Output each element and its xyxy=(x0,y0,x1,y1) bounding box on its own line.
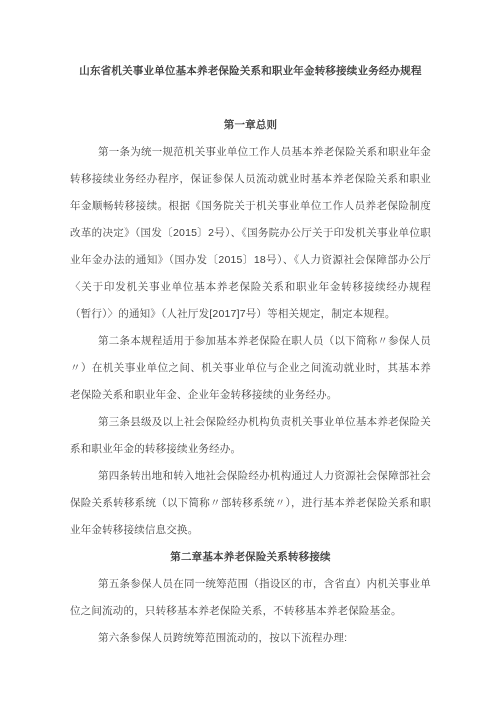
article-6-paragraph: 第六条参保人员跨统筹范围流动的，按以下流程办理: xyxy=(70,625,431,652)
article-1-paragraph: 第一条为统一规范机关事业单位工作人员基本养老保险关系和职业年金转移接续业务经办程… xyxy=(70,139,431,328)
article-2-paragraph: 第二条本规程适用于参加基本养老保险在职人员（以下简称〃参保人员〃）在机关事业单位… xyxy=(70,328,431,409)
chapter-1-heading: 第一章总则 xyxy=(70,112,431,139)
document-title: 山东省机关事业单位基本养老保险关系和职业年金转移接续业务经办规程 xyxy=(70,58,431,85)
article-4-paragraph: 第四条转出地和转入地社会保险经办机构通过人力资源社会保障部社会保险关系转移系统（… xyxy=(70,463,431,544)
article-3-paragraph: 第三条县级及以上社会保险经办机构负责机关事业单位基本养老保险关系和职业年金的转移… xyxy=(70,409,431,463)
article-5-paragraph: 第五条参保人员在同一统筹范围（指设区的市，含省直）内机关事业单位之间流动的，只转… xyxy=(70,571,431,625)
document-content: 山东省机关事业单位基本养老保险关系和职业年金转移接续业务经办规程 第一章总则 第… xyxy=(70,58,431,652)
document-page: 山东省机关事业单位基本养老保险关系和职业年金转移接续业务经办规程 第一章总则 第… xyxy=(0,0,500,707)
chapter-2-heading: 第二章基本养老保险关系转移接续 xyxy=(70,544,431,571)
